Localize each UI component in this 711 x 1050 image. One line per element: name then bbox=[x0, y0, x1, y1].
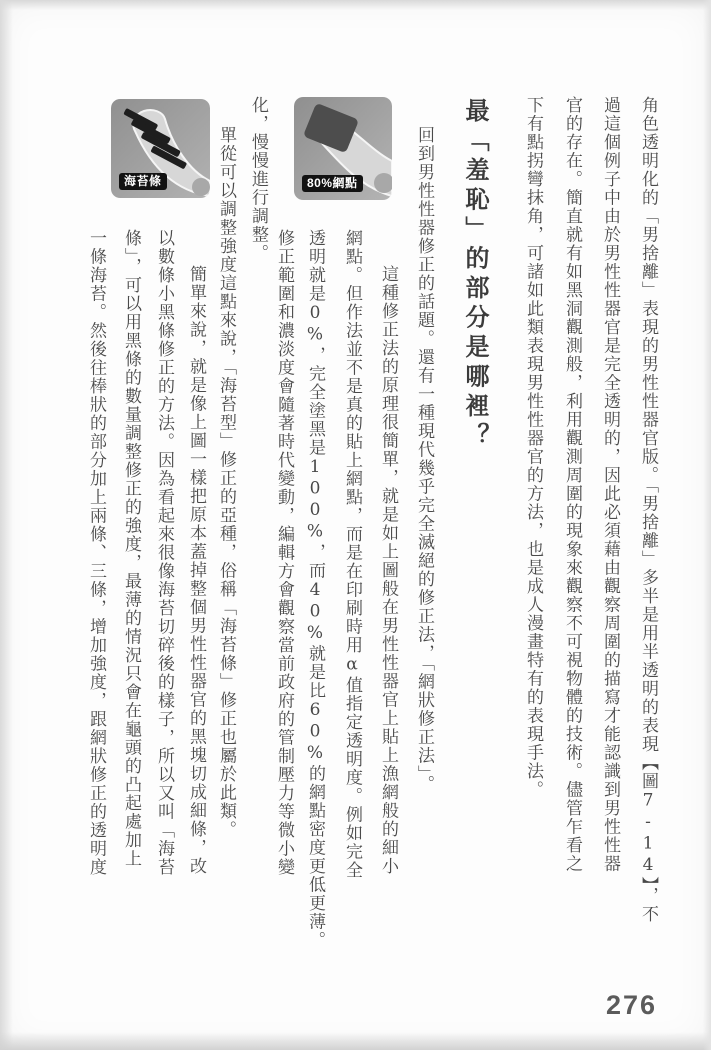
text-column-5: 回到男性性器修正的話題。還有一種現代幾乎完全滅絕的修正法，「網狀修正法」。 bbox=[405, 126, 443, 794]
page-edge-right bbox=[703, 0, 711, 1050]
text-column-4: 下有點拐彎抹角，可諸如此類表現男性性器官的方法，也是成人漫畫特有的表現手法。 bbox=[514, 96, 552, 799]
figure-label-dot-screen: 80%網點 bbox=[302, 175, 363, 192]
nori-strip-censorship-figure: 海苔條 bbox=[111, 99, 210, 198]
book-page: 角色透明化的「男捨離」表現的男性性器官版。「男捨離」多半是用半透明的表現【圖7-… bbox=[0, 0, 711, 1050]
text-column-6: 這種修正法的原理很簡單，就是如上圖般在男性性器官上貼上漁網般的細小 bbox=[369, 265, 407, 876]
page-number: 276 bbox=[606, 990, 657, 1021]
page-edge-bottom bbox=[0, 1032, 711, 1050]
page-edge-left bbox=[0, 0, 13, 1050]
text-column-9: 修正範圍和濃淡度會隨著時代變動，編輯方會觀察當前政府的管制壓力等微小變 bbox=[265, 229, 303, 877]
text-column-3: 官的存在。簡直就有如黑洞觀測般，利用觀測周圍的現象來觀察不可視物體的技術。儘管乍… bbox=[553, 96, 591, 873]
text-column-2: 過這個例子中由於男性性器官是完全透明的，因此必須藉由觀察周圍的描寫才能認識到男性… bbox=[591, 96, 629, 873]
section-heading: 最「羞恥」的部分是哪裡？ bbox=[450, 98, 500, 452]
text-column-7: 網點。但作法並不是真的貼上網點，而是在印刷時用α值指定透明度。例如完全 bbox=[333, 229, 371, 880]
text-column-13: 以數條小黑條修正的方法。因為看起來很像海苔切碎後的樣子，所以又叫「海苔 bbox=[145, 229, 183, 877]
text-column-14: 條」，可以用黑條的數量調整修正的強度，最薄的情況只會在龜頭的凸起處加上 bbox=[112, 229, 150, 868]
text-column-1: 角色透明化的「男捨離」表現的男性性器官版。「男捨離」多半是用半透明的表現【圖7-… bbox=[629, 96, 667, 924]
page-edge-top bbox=[0, 0, 711, 10]
dot-screen-censorship-figure: 80%網點 bbox=[294, 97, 392, 200]
figure-label-nori-strip: 海苔條 bbox=[119, 173, 167, 190]
text-column-15: 一條海苔。然後往棒狀的部分加上兩條、三條，增加強度，跟網狀修正的透明度 bbox=[77, 229, 115, 877]
